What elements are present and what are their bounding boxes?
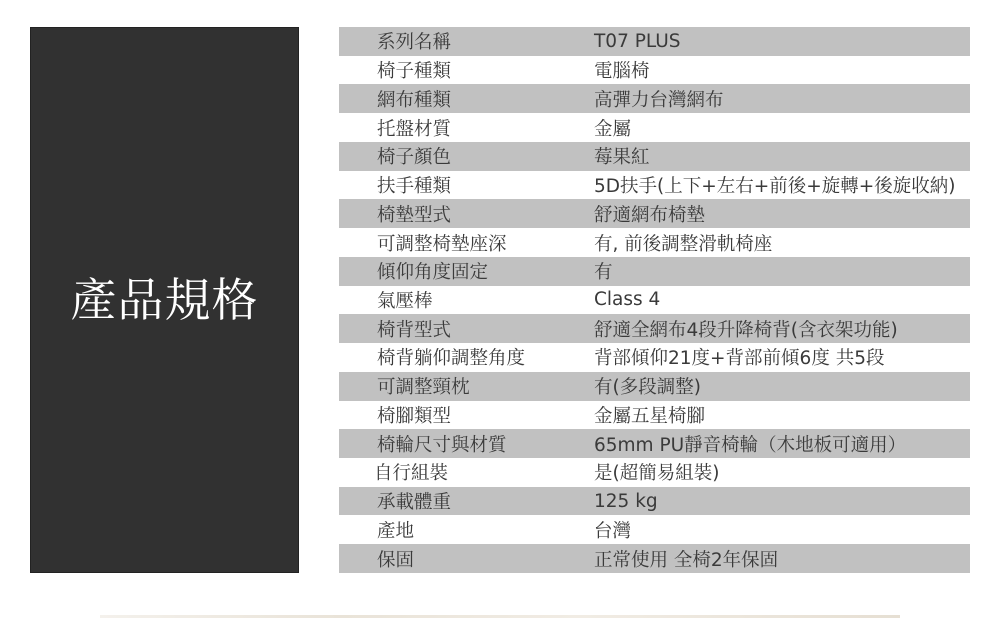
spec-row-recline-angle: 椅背躺仰調整角度 背部傾仰21度+背部前傾6度 共5段 — [339, 343, 970, 372]
spec-label: 椅背型式 — [377, 316, 451, 342]
spec-value: 金屬五星椅腳 — [594, 402, 705, 428]
spec-row-series: 系列名稱 T07 PLUS — [339, 27, 970, 56]
spec-row-color: 椅子顏色 莓果紅 — [339, 142, 970, 171]
spec-row-base-type: 椅腳類型 金屬五星椅腳 — [339, 401, 970, 430]
spec-row-backrest-type: 椅背型式 舒適全網布4段升降椅背(含衣架功能) — [339, 314, 970, 343]
spec-row-seat-depth: 可調整椅墊座深 有, 前後調整滑軌椅座 — [339, 228, 970, 257]
spec-label: 椅輪尺寸與材質 — [377, 431, 507, 457]
spec-row-armrest: 扶手種類 5D扶手(上下+左右+前後+旋轉+後旋收納) — [339, 171, 970, 200]
spec-label: 承載體重 — [377, 488, 451, 514]
spec-label: 保固 — [377, 546, 414, 572]
spec-value: 有, 前後調整滑軌椅座 — [594, 230, 772, 256]
spec-value: 65mm PU靜音椅輪（木地板可適用） — [594, 431, 906, 457]
spec-label: 氣壓棒 — [377, 287, 433, 313]
spec-value: 舒適全網布4段升降椅背(含衣架功能) — [594, 316, 898, 342]
spec-value: 台灣 — [594, 517, 631, 543]
spec-row-tilt-lock: 傾仰角度固定 有 — [339, 257, 970, 286]
spec-value: 125 kg — [594, 491, 658, 512]
spec-row-mesh-type: 網布種類 高彈力台灣網布 — [339, 84, 970, 113]
spec-label: 扶手種類 — [377, 172, 451, 198]
spec-value: 有(多段調整) — [594, 373, 701, 399]
spec-value: 舒適網布椅墊 — [594, 201, 705, 227]
spec-row-max-load: 承載體重 125 kg — [339, 487, 970, 516]
spec-value: T07 PLUS — [594, 31, 681, 52]
spec-value: 高彈力台灣網布 — [594, 86, 724, 112]
spec-value: 正常使用 全椅2年保固 — [594, 546, 778, 572]
spec-label: 椅腳類型 — [377, 402, 451, 428]
spec-row-gas-lift: 氣壓棒 Class 4 — [339, 286, 970, 315]
spec-label: 椅子顏色 — [377, 143, 451, 169]
spec-label: 系列名稱 — [377, 28, 451, 54]
spec-label: 椅子種類 — [377, 57, 451, 83]
spec-value: 莓果紅 — [594, 143, 650, 169]
spec-label: 自行組裝 — [374, 459, 448, 485]
spec-value: 是(超簡易組裝) — [594, 459, 719, 485]
spec-label: 托盤材質 — [377, 115, 451, 141]
spec-label: 產地 — [377, 517, 414, 543]
title-panel: 產品規格 — [30, 27, 299, 573]
spec-row-assembly: 自行組裝 是(超簡易組裝) — [339, 458, 970, 487]
spec-label: 傾仰角度固定 — [377, 258, 488, 284]
spec-table: 系列名稱 T07 PLUS 椅子種類 電腦椅 網布種類 高彈力台灣網布 托盤材質… — [339, 27, 970, 573]
spec-label: 可調整頸枕 — [377, 373, 470, 399]
spec-label: 可調整椅墊座深 — [377, 230, 507, 256]
spec-row-warranty: 保固 正常使用 全椅2年保固 — [339, 544, 970, 573]
spec-value: 有 — [594, 258, 613, 284]
spec-value: 5D扶手(上下+左右+前後+旋轉+後旋收納) — [594, 172, 955, 198]
spec-label: 網布種類 — [377, 86, 451, 112]
spec-row-tray-material: 托盤材質 金屬 — [339, 113, 970, 142]
spec-value: 電腦椅 — [594, 57, 650, 83]
spec-row-headrest: 可調整頸枕 有(多段調整) — [339, 372, 970, 401]
spec-row-casters: 椅輪尺寸與材質 65mm PU靜音椅輪（木地板可適用） — [339, 429, 970, 458]
spec-row-seat-type: 椅墊型式 舒適網布椅墊 — [339, 199, 970, 228]
spec-label: 椅背躺仰調整角度 — [377, 344, 525, 370]
spec-row-chair-type: 椅子種類 電腦椅 — [339, 56, 970, 85]
spec-row-origin: 產地 台灣 — [339, 515, 970, 544]
page-title: 產品規格 — [71, 277, 259, 323]
spec-label: 椅墊型式 — [377, 201, 451, 227]
spec-value: 背部傾仰21度+背部前傾6度 共5段 — [594, 344, 884, 370]
spec-value: Class 4 — [594, 289, 660, 310]
spec-value: 金屬 — [594, 115, 631, 141]
